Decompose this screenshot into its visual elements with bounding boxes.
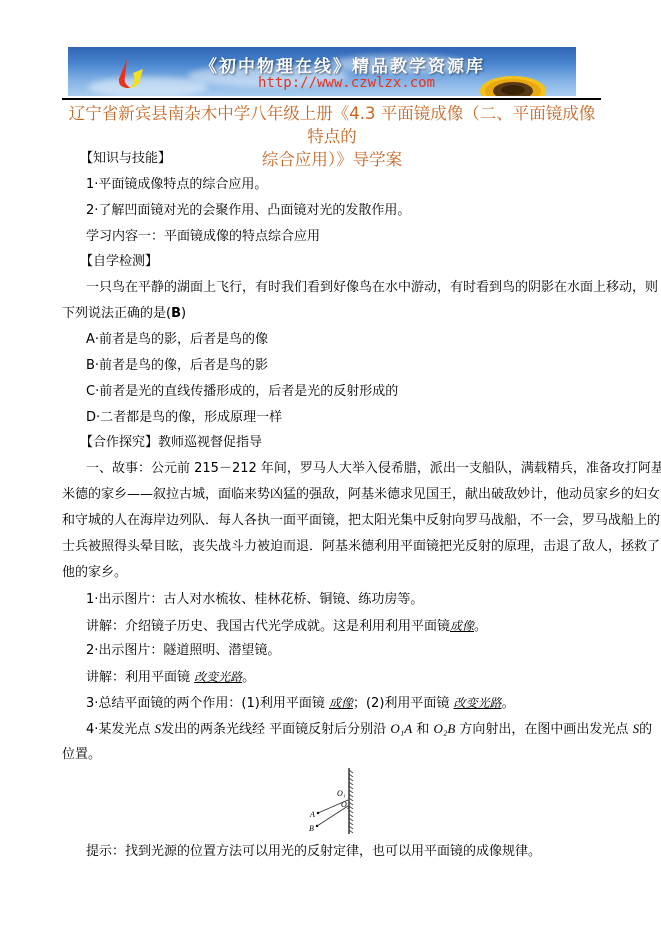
question-line-1: 一只鸟在平静的湖面上飞行，有时我们看到好像鸟在水中游动，有时看到鸟的阴影在水面上… <box>86 280 658 296</box>
section-knowledge: 【知识与技能】 <box>80 151 171 167</box>
knowledge-item-2: 2·了解凹面镜对光的会聚作用、凸面镜对光的发散作用。 <box>86 203 410 219</box>
explain-2: 讲解：利用平面镜 改变光路。 <box>86 669 255 686</box>
story-line-4: 士兵被照得头晕目眩，丧失战斗力被迫而退．阿基米德利用平面镜把光反射的原理，击退了… <box>62 539 660 555</box>
option-a: A·前者是鸟的影，后者是鸟的像 <box>86 332 268 348</box>
site-logo-icon <box>113 57 153 91</box>
option-c: C·前者是光的直线传播形成的，后者是光的反射形成的 <box>86 384 398 400</box>
item-4-line-1: 4·某发光点 S发出的两条光线经 平面镜反射后分别沿 O₁A 和 O₂B 方向射… <box>86 721 652 738</box>
svg-text:O₂: O₂ <box>341 800 350 809</box>
answer-blank: 改变光路 <box>454 696 502 710</box>
plane-mirror-diagram: O₁ O₂ A B <box>300 760 380 840</box>
svg-text:O₁: O₁ <box>337 789 346 798</box>
sunflower-image-icon <box>478 67 548 96</box>
item-2: 2·出示图片：隧道照明、潜望镜。 <box>86 643 280 659</box>
answer-blank: 成像 <box>450 619 474 633</box>
item-3: 3·总结平面镜的两个作用：(1)利用平面镜 成像；(2)利用平面镜 改变光路。 <box>86 695 515 712</box>
question-answer: B <box>171 306 181 321</box>
item-4-line-2: 位置。 <box>62 747 101 763</box>
question-line-2: 下列说法正确的是(B) <box>62 306 186 322</box>
banner-url: http://www.czwlzx.com <box>258 75 435 91</box>
answer-blank: 改变光路 <box>194 670 242 684</box>
site-banner: 《初中物理在线》精品教学资源库 http://www.czwlzx.com <box>68 47 576 96</box>
answer-blank: 成像 <box>329 696 353 710</box>
story-line-1: 一、故事：公元前 215－212 年间，罗马人大举入侵希腊，派出一支船队，满载精… <box>86 461 661 477</box>
hint: 提示：找到光源的位置方法可以用光的反射定律，也可以用平面镜的成像规律。 <box>86 844 541 860</box>
option-b: B·前者是鸟的像，后者是鸟的影 <box>86 358 268 374</box>
explain-1: 讲解：介绍镜子历史、我国古代光学成就。这是利用利用平面镜成像。 <box>86 618 487 635</box>
svg-text:B: B <box>309 824 314 833</box>
banner-title: 《初中物理在线》精品教学资源库 <box>200 52 485 77</box>
item-1: 1·出示图片：古人对水梳妆、桂林花桥、铜镜、练功房等。 <box>86 592 423 608</box>
document-page: 《初中物理在线》精品教学资源库 http://www.czwlzx.com 辽宁… <box>0 0 661 935</box>
title-line-1: 辽宁省新宾县南杂木中学八年级上册《4.3 平面镜成像（二、平面镜成像特点的 <box>62 102 602 148</box>
knowledge-item-1: 1·平面镜成像特点的综合应用。 <box>86 177 267 193</box>
section-self-check: 【自学检测】 <box>80 254 158 270</box>
study-content: 学习内容一：平面镜成像的特点综合应用 <box>86 229 320 245</box>
header-rule <box>62 98 601 100</box>
option-d: D·二者都是鸟的像，形成原理一样 <box>86 410 282 426</box>
story-line-2: 米德的家乡——叙拉古城，面临来势凶猛的强敌，阿基米德求见国王，献出破敌妙计，他动… <box>62 487 660 503</box>
section-cooperate: 【合作探究】教师巡视督促指导 <box>80 435 262 451</box>
svg-text:A: A <box>309 810 315 819</box>
story-line-3: 和守城的人在海岸边列队．每人各执一面平面镜，把太阳光集中反射向罗马战船，不一会，… <box>62 513 660 529</box>
story-line-5: 他的家乡。 <box>62 565 127 581</box>
